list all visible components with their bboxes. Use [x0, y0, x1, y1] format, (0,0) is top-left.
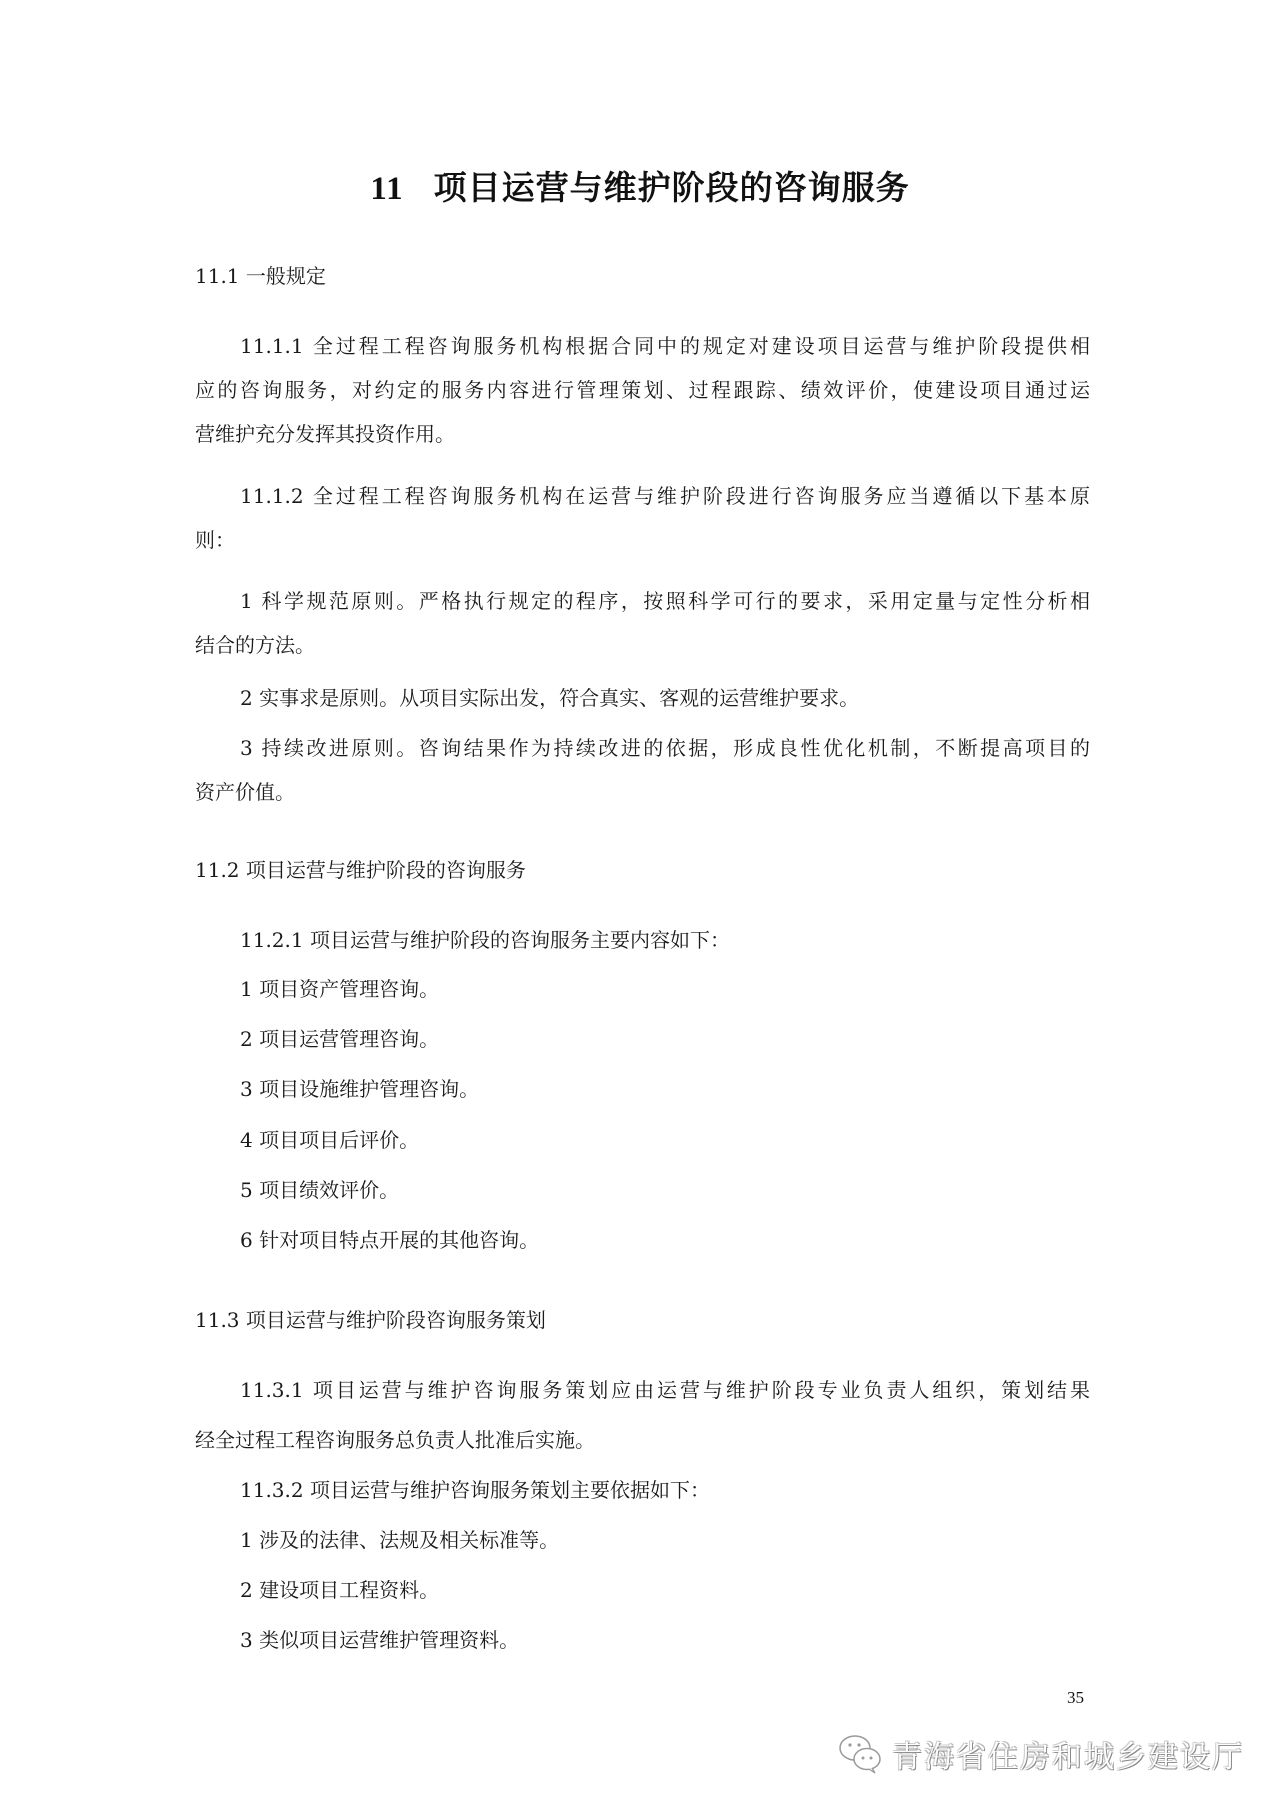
watermark-text: 青海省住房和城乡建设厅	[892, 1732, 1244, 1776]
principle-1-line-2: 结合的方法。	[195, 631, 1095, 659]
paragraph-11-3-1-line-1: 11.3.1 项目运营与维护咨询服务策划应由运营与维护阶段专业负责人组织，策划结…	[240, 1376, 1090, 1404]
paragraph-11-1-2-line-2: 则：	[195, 526, 1095, 554]
list-item-11-2-4: 4 项目项目后评价。	[240, 1126, 1140, 1154]
section-heading-11-2: 11.2 项目运营与维护阶段的咨询服务	[195, 856, 1095, 884]
list-item-11-2-3: 3 项目设施维护管理咨询。	[240, 1075, 1140, 1103]
paragraph-11-3-1-line-2: 经全过程工程咨询服务总负责人批准后实施。	[195, 1426, 1095, 1454]
chapter-number: 11	[370, 171, 403, 207]
page-number: 35	[1067, 1688, 1084, 1708]
list-item-11-3-3: 3 类似项目运营维护管理资料。	[240, 1626, 1140, 1654]
principle-3-line-2: 资产价值。	[195, 778, 1095, 806]
paragraph-11-1-2-line-1: 11.1.2 全过程工程咨询服务机构在运营与维护阶段进行咨询服务应当遵循以下基本…	[240, 482, 1090, 510]
list-item-11-3-2: 2 建设项目工程资料。	[240, 1576, 1140, 1604]
chapter-title: 11项目运营与维护阶段的咨询服务	[0, 162, 1280, 209]
document-page: 11项目运营与维护阶段的咨询服务 11.1 一般规定 11.1.1 全过程工程咨…	[0, 0, 1280, 1810]
section-heading-11-1: 11.1 一般规定	[195, 262, 1095, 290]
list-item-11-3-1: 1 涉及的法律、法规及相关标准等。	[240, 1526, 1140, 1554]
list-item-11-2-5: 5 项目绩效评价。	[240, 1176, 1140, 1204]
principle-1-line-1: 1 科学规范原则。严格执行规定的程序，按照科学可行的要求，采用定量与定性分析相	[240, 587, 1090, 615]
watermark: 青海省住房和城乡建设厅	[838, 1728, 1244, 1780]
wechat-icon	[838, 1733, 884, 1775]
paragraph-11-1-1-line-2: 应的咨询服务，对约定的服务内容进行管理策划、过程跟踪、绩效评价，使建设项目通过运	[195, 376, 1090, 404]
paragraph-11-3-2: 11.3.2 项目运营与维护咨询服务策划主要依据如下：	[240, 1476, 1140, 1504]
paragraph-11-1-1-line-1: 11.1.1 全过程工程咨询服务机构根据合同中的规定对建设项目运营与维护阶段提供…	[240, 332, 1090, 360]
principle-2: 2 实事求是原则。从项目实际出发，符合真实、客观的运营维护要求。	[240, 684, 1140, 712]
chapter-title-text: 项目运营与维护阶段的咨询服务	[434, 168, 910, 207]
paragraph-11-1-1-line-3: 营维护充分发挥其投资作用。	[195, 420, 1095, 448]
paragraph-11-2-1: 11.2.1 项目运营与维护阶段的咨询服务主要内容如下：	[240, 926, 1140, 954]
principle-3-line-1: 3 持续改进原则。咨询结果作为持续改进的依据，形成良性优化机制，不断提高项目的	[240, 734, 1090, 762]
list-item-11-2-6: 6 针对项目特点开展的其他咨询。	[240, 1226, 1140, 1254]
list-item-11-2-2: 2 项目运营管理咨询。	[240, 1025, 1140, 1053]
list-item-11-2-1: 1 项目资产管理咨询。	[240, 975, 1140, 1003]
section-heading-11-3: 11.3 项目运营与维护阶段咨询服务策划	[195, 1306, 1095, 1334]
